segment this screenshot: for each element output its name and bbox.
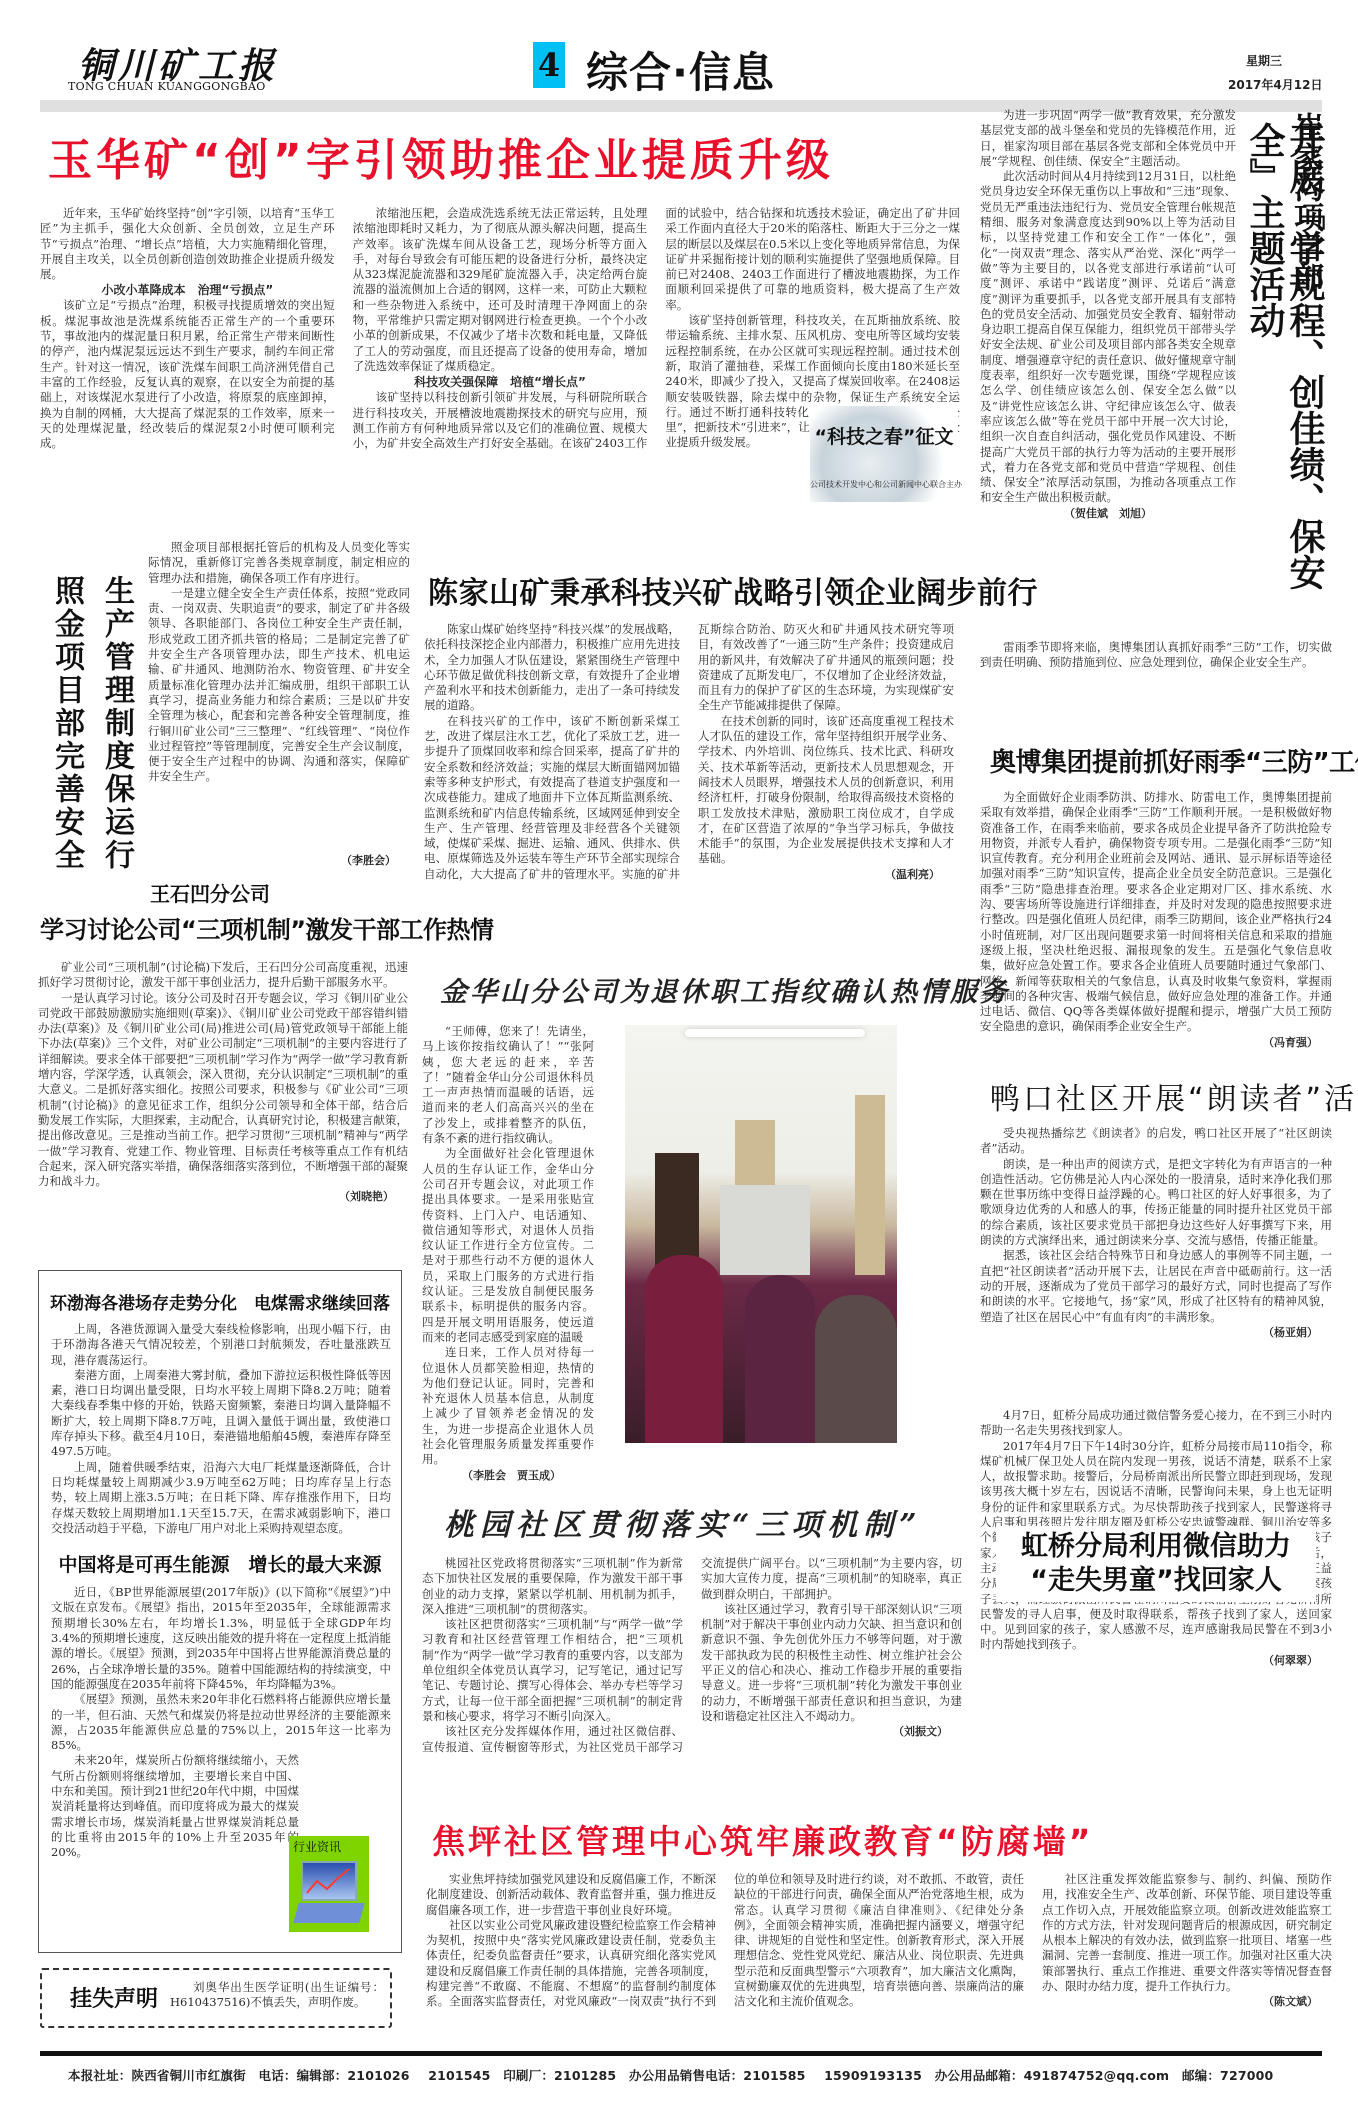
headline-zhaojin-col2: 生产管理制度保运行 (98, 575, 134, 872)
photo-ceiling-lamp (685, 1029, 865, 1037)
headline-wangshiao-top: 王石凹分公司 (150, 878, 270, 907)
byline: （杨亚娟） (980, 1325, 1332, 1340)
article-chenjiashan-body: 陈家山煤矿始终坚持“科技兴煤”的发展战略，依托科技深挖企业内部潜力，积极推广应用… (424, 622, 954, 922)
paragraph: 为全面做好社会化管理退休人员的生存认证工作，金华山分公司召开专题会议，对此项工作… (422, 1146, 594, 1345)
paragraph: 矿业公司“三项机制”(讨论稿)下发后，王石凹分公司高度重视，迅速抓好学习贯彻讨论… (38, 960, 408, 991)
photo-curtain-right (855, 1095, 885, 1275)
tech-spring-badge-subtitle: 公司技术开发中心和公司新闻中心联合主办 (810, 479, 958, 490)
photo-person-middle (745, 1275, 815, 1443)
byline: （贺佳斌 刘旭） (980, 506, 1236, 521)
article-jiaoping-body: 实业焦坪持续加强党风建设和反腐倡廉工作，不断深化制度建设、创新活动载体、教育监督… (426, 1872, 1332, 2034)
page-number-badge: 4 (533, 42, 565, 88)
paragraph: 实业焦坪持续加强党风建设和反腐倡廉工作，不断深化制度建设、创新活动载体、教育监督… (426, 1872, 716, 1918)
article-bohai-body: 上周，各港货源调入量受大秦线检修影响，出现小幅下行，由于环渤海各港天气情况较差，… (39, 1314, 401, 1536)
article-renewable-body: 近日，《BP世界能源展望(2017年版)》(以下简称“《展望》”)中文版在京发布… (39, 1577, 401, 1860)
article-wangshiao-body: 矿业公司“三项机制”(讨论稿)下发后，王石凹分公司高度重视，迅速抓好学习贯彻讨论… (38, 960, 408, 1205)
tech-spring-badge: “科技之春”征文 公司技术开发中心和公司新闻中心联合主办 (810, 406, 958, 502)
retiree-fingerprint-photo (625, 1025, 897, 1443)
headline-yuhua: 玉华矿“创”字引领助推企业提质升级 (48, 124, 834, 188)
byline: （陈文斌） (1042, 1994, 1332, 2009)
footer-divider (40, 2051, 1322, 2056)
industry-info-badge: 行业资讯 (289, 1836, 369, 1932)
paragraph: 陈家山煤矿始终坚持“科技兴煤”的发展战略，依托科技深挖企业内部潜力，积极推广应用… (424, 622, 680, 714)
headline-chenjiashan: 陈家山矿秉承科技兴矿战略引领企业阔步前行 (428, 568, 1038, 612)
byline: （何翠翠） (980, 1653, 1332, 1668)
paragraph: 未来20年，煤炭所占份额将继续缩小，天然气所占份额则将继续增加，主要增长来自中国… (51, 1753, 299, 1860)
laptop-keyboard-icon (293, 1903, 364, 1923)
headline-hongqiao-line1: 虹桥分局利用微信助力 (996, 1530, 1316, 1564)
lost-notice-title: 挂失声明 (70, 1982, 158, 2013)
paragraph: 此次活动时间从4月持续到12月31日，以杜绝党员身边安全环保无重伤以上事故和“三… (980, 169, 1236, 506)
article-zhaojin-body: 照金项目部根据托管后的机构及人员变化等实际情况，重新修订完善各类规章制度，制定相… (148, 540, 410, 785)
headline-zhaojin-col1: 照金项目部完善安全 (48, 575, 84, 872)
issue-date: 2017年4月12日 (1228, 76, 1322, 93)
byline: （温利亮） (698, 867, 954, 882)
paragraph: “王师傅，您来了！先请坐，马上该你按指纹确认了！”“张阿姨，您大老远的赶来，辛苦… (422, 1024, 594, 1146)
paragraph: 上周，随着供暖季结束，沿海六大电厂耗煤量逐渐降低，合计日均耗煤量较上周期减少3.… (51, 1460, 391, 1536)
footer-contact-info: 本报社址：陕西省铜川市红旗街 电话：编辑部：2101026 2101545 印刷… (68, 2066, 1273, 2084)
subheading: 小改小革降成本 治理“亏损点” (40, 282, 335, 298)
headline-wangshiao: 学习讨论公司“三项机制”激发干部工作热情 (40, 910, 494, 945)
lost-notice-body: 刘奥华出生医学证明(出生证编号：H610437516)不慎丢失，声明作废。 (170, 1980, 384, 2011)
paragraph: 该社区通过学习，教育引导干部深刻认识“三项机制”对于解决干事创业内动力欠缺、担当… (701, 1602, 962, 1724)
paragraph: 一是建立健全安全生产责任体系，按照“党政同责、一岗双责、失职追责”的要求，制定了… (148, 586, 410, 785)
paragraph: 朗读，是一种出声的阅读方式，是把文字转化为有声语言的一种创造性活动。它仿佛是沁人… (980, 1157, 1332, 1249)
headline-renewable: 中国将是可再生能源 增长的最大来源 (39, 1550, 401, 1577)
article-jinhuashan-body: “王师傅，您来了！先请坐，马上该你按指纹确认了！”“张阿姨，您大老远的赶来，辛苦… (422, 1024, 594, 1483)
industry-info-badge-label: 行业资讯 (289, 1836, 369, 1857)
byline: （李胜会 贾玉成） (422, 1468, 594, 1483)
photo-person-right (815, 1295, 897, 1443)
byline: （刘振文） (701, 1724, 962, 1739)
paragraph: 在技术创新的同时，该矿还高度重视工程技术人才队伍的建设工作，常年坚持组织开展学业… (698, 714, 954, 867)
headline-jiaoping: 焦坪社区管理中心筑牢廉政教育“防腐墙” (432, 1816, 1093, 1863)
subheading: 科技攻关强保障 培植“增长点” (353, 374, 648, 390)
section-title: 综合·信息 (586, 40, 775, 100)
laptop-chart-icon (301, 1861, 357, 1901)
paragraph: 秦港方面，上周秦港大雾封航，叠加下游拉运积极性降低等因素，港口日均调出量受限，日… (51, 1368, 391, 1460)
article-taoyuan-body: 桃园社区党政将贯彻落实“三项机制”作为新常态下加快社区发展的重要保障，作为激发干… (422, 1556, 962, 1756)
paragraph: 桃园社区党政将贯彻落实“三项机制”作为新常态下加快社区发展的重要保障，作为激发干… (422, 1556, 683, 1617)
newspaper-logo-english: TONG CHUAN KUANGGONGBAO (68, 80, 266, 93)
paragraph: 该矿立足“亏损点”治理，积极寻找提质增效的突出短板。煤泥事故池是洗煤系统能否正常… (40, 298, 335, 451)
paragraph: 浓缩池压耙，会造成洗选系统无法正常运转，且处理浓缩池即耗时又耗力，为了彻底从源头… (353, 206, 648, 374)
photo-person-front (645, 1255, 723, 1443)
byline: （刘晓艳） (38, 1189, 408, 1204)
byline: （冯育强） (980, 1035, 1332, 1050)
paragraph: 据悉，该社区会结合特殊节日和身边感人的事例等不同主题，一直把“社区朗读者”活动开… (980, 1248, 1332, 1324)
article-cuijiagou-body: 为进一步巩固“两学一做”教育效果，充分激发基层党支部的战斗堡垒和党员的先锋模范作… (980, 108, 1236, 521)
byline-zhaojin: （李胜会） (300, 852, 410, 868)
article-aobo-body: 为全面做好企业雨季防洪、防排水、防雷电工作，奥博集团提前采取有效举措，确保企业雨… (980, 790, 1332, 1050)
headline-taoyuan: 桃园社区贯彻落实“三项机制” (444, 1500, 923, 1544)
headline-yakou: 鸭口社区开展“朗读者”活动 (990, 1074, 1358, 1118)
paragraph: 近日，《BP世界能源展望(2017年版)》(以下简称“《展望》”)中文版在京发布… (51, 1585, 391, 1692)
headline-cuijiagou-left: 开展『学规程、创佳绩、保安全』主题活动 (1244, 122, 1324, 592)
paragraph: 一是认真学习讨论。该分公司及时召开专题会议，学习《铜川矿业公司党政干部鼓励激励实… (38, 991, 408, 1190)
paragraph: 该社区把贯彻落实“三项机制”与“两学一做”学习教育和社区经营管理工作相结合，把“… (422, 1617, 683, 1724)
headline-hongqiao: 虹桥分局利用微信助力 “走失男童”找回家人 (996, 1526, 1316, 1602)
paragraph: 上周，各港货源调入量受大秦线检修影响，出现小幅下行，由于环渤海各港天气情况较差，… (51, 1322, 391, 1368)
paragraph: 照金项目部根据托管后的机构及人员变化等实际情况，重新修订完善各类规章制度，制定相… (148, 540, 410, 586)
article-yakou-body: 受央视热播综艺《朗读者》的启发，鸭口社区开展了“社区朗读者”活动。 朗读，是一种… (980, 1126, 1332, 1340)
tech-spring-badge-title: “科技之春”征文 (810, 422, 958, 449)
headline-bohai: 环渤海各港场存走势分化 电煤需求继续回落 (39, 1289, 401, 1314)
industry-info-box: 环渤海各港场存走势分化 电煤需求继续回落 上周，各港货源调入量受大秦线检修影响，… (38, 1270, 402, 1953)
headline-jinhuashan: 金华山分公司为退休职工指纹确认热情服务 (440, 970, 1010, 1009)
paragraph: 4月7日，虹桥分局成功通过微信警务爱心接力，在不到三小时内帮助一名走失男孩找到家… (980, 1408, 1332, 1439)
issue-weekday: 星期三 (1246, 52, 1282, 69)
headline-aobo: 奥博集团提前抓好雨季“三防”工作 (990, 742, 1358, 779)
headline-hongqiao-line2: “走失男童”找回家人 (996, 1564, 1316, 1598)
paragraph: 近年来，玉华矿始终坚持“创”字引领，以培育“玉华工匠”为主抓手，强化大众创新、全… (40, 206, 335, 282)
paragraph: 为进一步巩固“两学一做”教育效果，充分激发基层党支部的战斗堡垒和党员的先锋模范作… (980, 108, 1236, 169)
photo-cabinet (720, 1185, 810, 1275)
paragraph: 受央视热播综艺《朗读者》的启发，鸭口社区开展了“社区朗读者”活动。 (980, 1126, 1332, 1157)
paragraph: 为全面做好企业雨季防洪、防排水、防雷电工作，奥博集团提前采取有效举措，确保企业雨… (980, 790, 1332, 1035)
lost-notice-box: 挂失声明 刘奥华出生医学证明(出生证编号：H610437516)不慎丢失，声明作… (40, 1968, 392, 2028)
paragraph: 连日来，工作人员对待每一位退休人员都笑脸相迎，热情的为他们登记认证。同时，完善和… (422, 1345, 594, 1467)
paragraph: 《展望》预测，虽然未来20年非化石燃料将占能源供应增长量的一半，但石油、天然气和… (51, 1692, 391, 1753)
article-aobo-intro: 雷雨季节即将来临，奥博集团认真抓好雨季“三防”工作，切实做到责任明确、预防措施到… (980, 640, 1332, 671)
paragraph: 雷雨季节即将来临，奥博集团认真抓好雨季“三防”工作，切实做到责任明确、预防措施到… (980, 640, 1332, 671)
paragraph: 社区注重发挥效能监察参与、制约、纠偏、预防作用，找准安全生产、改革创新、环保节能… (1042, 1872, 1332, 1994)
